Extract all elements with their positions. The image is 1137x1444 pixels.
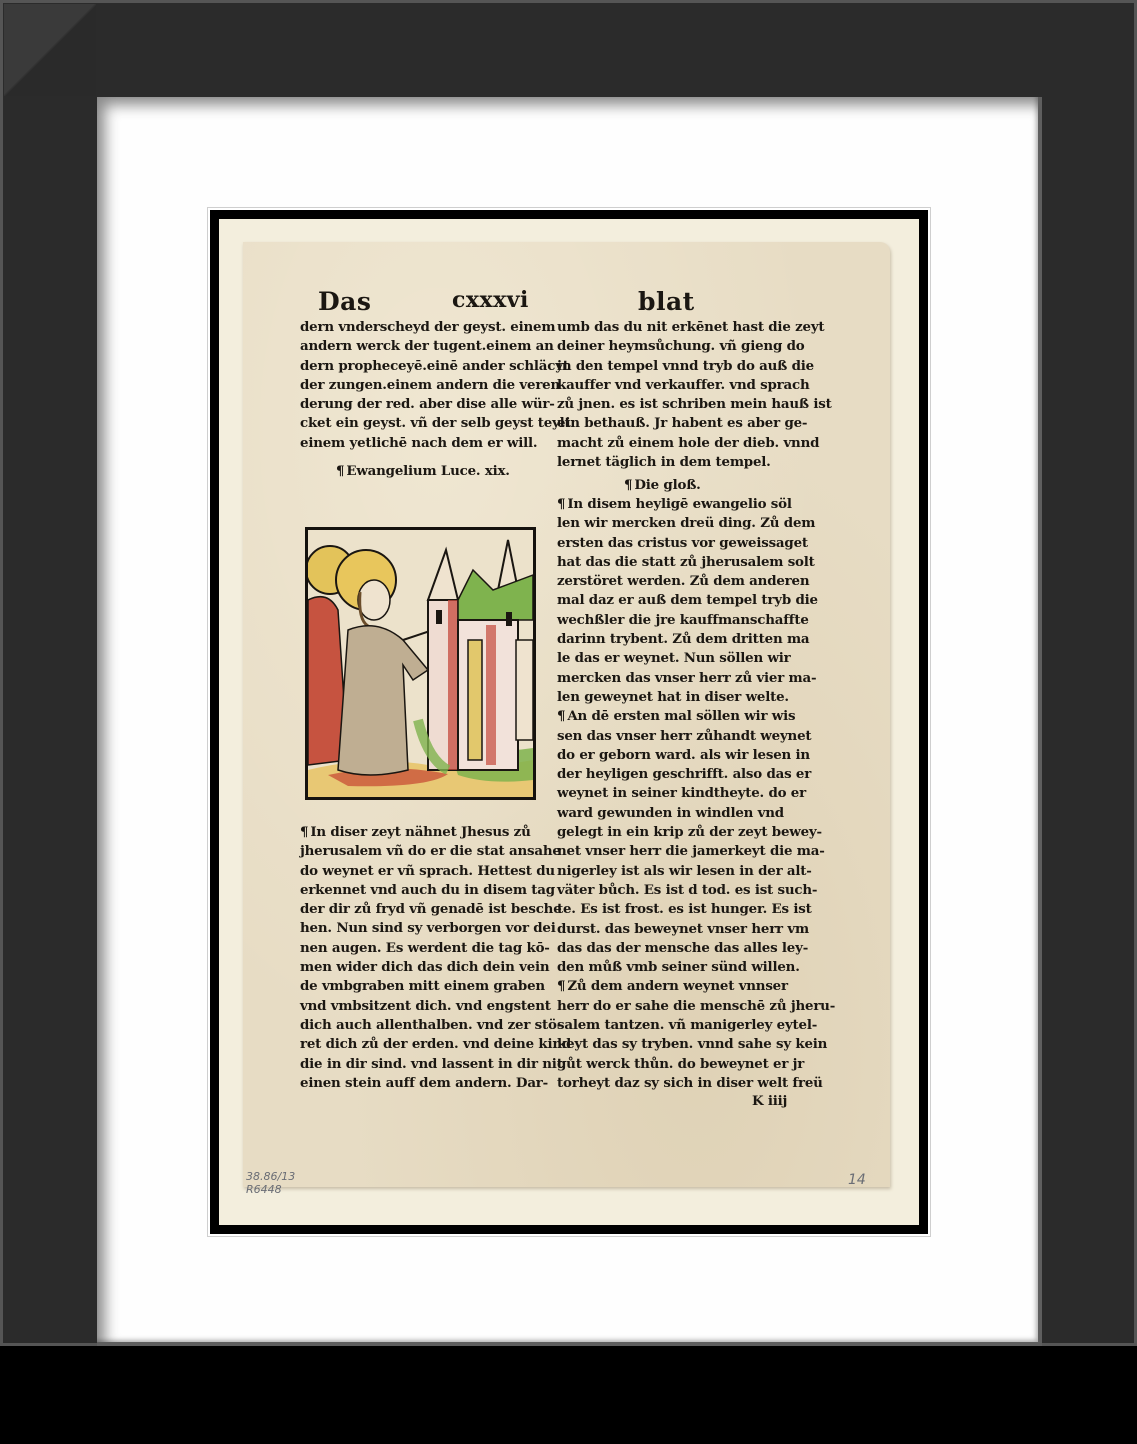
text-line: durst. das beweynet vnser herr vm [557,920,835,939]
text-line: derung der red. aber dise alle wür- [300,395,570,414]
signature-mark: K iiij [752,1092,787,1111]
text-line: te. Es ist frost. es ist hunger. Es ist [557,900,835,919]
text-line: lernet täglich in dem tempel. [557,453,832,472]
pencil-accession-number: 38.86/13 [246,1170,295,1183]
left-column-gospel-text: ¶In diser zeyt nähnet Jhesus zů jherusal… [300,823,571,1093]
text-line: jherusalem vñ do er die stat ansahe [300,842,571,861]
text-line: do er geborn ward. als wir lesen in [557,746,835,765]
pencil-reference-number: R6448 [246,1183,282,1196]
paragraph-mark-icon: ¶ [557,496,565,512]
text-line: men wider dich das dich dein vein [300,958,571,977]
text-line: net vnser herr die jamerkeyt die ma- [557,842,835,861]
text-line: len geweynet hat in diser welte. [557,688,835,707]
text-line: nen augen. Es werdent die tag kō- [300,939,571,958]
text-line: vnd vmbsitzent dich. vnd engstent [300,997,571,1016]
text-line: darinn trybent. Zů dem dritten ma [557,630,835,649]
text-line: mal daz er auß dem tempel tryb die [557,591,835,610]
text-line: len wir mercken dreü ding. Zů dem [557,514,835,533]
text-line: macht zů einem hole der dieb. vnnd [557,434,832,453]
paragraph-mark-icon: ¶ [300,824,308,840]
text-line: der zungen.einem andern die veren [300,376,570,395]
right-column-gloss-text: ¶In disem heyligē ewangelio söl len wir … [557,495,835,1093]
text-line: hat das die statt zů jherusalem solt [557,553,835,572]
text-line: ret dich zů der erden. vnd deine kind [300,1035,571,1054]
left-column-top-text: dern vnderscheyd der geyst. einem andern… [300,318,570,453]
text-line: mercken das vnser herr zů vier ma- [557,669,835,688]
text-line: umb das du nit erkēnet hast die zeyt [557,318,832,337]
text-line: ersten das cristus vor geweissaget [557,534,835,553]
text-line: gůt werck thůn. do beweynet er jr [557,1055,835,1074]
pencil-folio-number: 14 [848,1172,866,1188]
text-line: in den tempel vnnd tryb do auß die [557,357,832,376]
text-line: die in dir sind. vnd lassent in dir nit [300,1055,571,1074]
text-line: wechßler die jre kauffmanschaffte [557,611,835,630]
running-header-left: Das [318,287,371,316]
right-column-gospel-text: umb das du nit erkēnet hast die zeyt dei… [557,318,832,472]
text-line: torheyt daz sy sich in diser welt freü [557,1074,835,1093]
text-line: väter bůch. Es ist d tod. es ist such- [557,881,835,900]
text-line: dern propheceyē.einē ander schläcyt [300,357,570,376]
text-line: ward gewunden in windlen vnd [557,804,835,823]
running-header-right: blat [638,287,695,316]
text-line: ¶An dē ersten mal söllen wir wis [557,707,835,726]
paragraph-mark-icon: ¶ [336,463,344,479]
text-line: cket ein geyst. vñ der selb geyst teylt [300,414,570,433]
text-line: erkennet vnd auch du in disem tag [300,881,571,900]
paragraph-mark-icon: ¶ [557,978,565,994]
text-line: ¶In disem heyligē ewangelio söl [557,495,835,514]
text-line: ¶Zů dem andern weynet vnnser [557,977,835,996]
text-line: hen. Nun sind sy verborgen vor dei [300,919,571,938]
text-line: zů jnen. es ist schriben mein hauß ist [557,395,832,414]
woodcut-illustration [305,527,536,800]
text-line: herr do er sahe die menschē zů jheru- [557,997,835,1016]
text-line: dich auch allenthalben. vnd zer stö- [300,1016,571,1035]
text-line: le das er weynet. Nun söllen wir [557,649,835,668]
text-line: ein bethauß. Jr habent es aber ge- [557,414,832,433]
text-line: sen das vnser herr zůhandt weynet [557,727,835,746]
text-line: dern vnderscheyd der geyst. einem [300,318,570,337]
text-line: der dir zů fryd vñ genadē ist besche [300,900,571,919]
frame-bottom-shadow [0,1346,1137,1444]
text-line: do weynet er vñ sprach. Hettest du [300,862,571,881]
text-line: einen stein auff dem andern. Dar- [300,1074,571,1093]
text-line: salem tantzen. vñ manigerley eytel- [557,1016,835,1035]
text-line: kauffer vnd verkauffer. vnd sprach [557,376,832,395]
paragraph-mark-icon: ¶ [557,708,565,724]
running-header-folio: cxxxvi [452,287,529,313]
text-line: den můß vmb seiner sünd willen. [557,958,835,977]
frame-corner-bevel [4,4,96,96]
text-line: einem yetlichē nach dem er will. [300,434,570,453]
text-line: gelegt in ein krip zů der zeyt bewey- [557,823,835,842]
christ-weeping-over-jerusalem-image [308,530,533,797]
text-line: andern werck der tugent.einem an [300,337,570,356]
text-line: weynet in seiner kindtheyte. do er [557,784,835,803]
paragraph-mark-icon: ¶ [624,477,632,493]
text-line: keyt das sy tryben. vnnd sahe sy kein [557,1035,835,1054]
text-line: das das der mensche das alles ley- [557,939,835,958]
heading-text: Die gloß. [634,477,700,493]
section-heading-gospel: ¶Ewangelium Luce. xix. [336,462,510,481]
text-line: ¶In diser zeyt nähnet Jhesus zů [300,823,571,842]
text-line: de vmbgraben mitt einem graben [300,977,571,996]
text-line: nigerley ist als wir lesen in der alt- [557,862,835,881]
heading-text: Ewangelium Luce. xix. [346,463,509,479]
text-line: der heyligen geschrifft. also das er [557,765,835,784]
text-line: deiner heymsůchung. vñ gieng do [557,337,832,356]
section-heading-gloss: ¶Die gloß. [624,476,701,495]
text-line: zerstöret werden. Zů dem anderen [557,572,835,591]
